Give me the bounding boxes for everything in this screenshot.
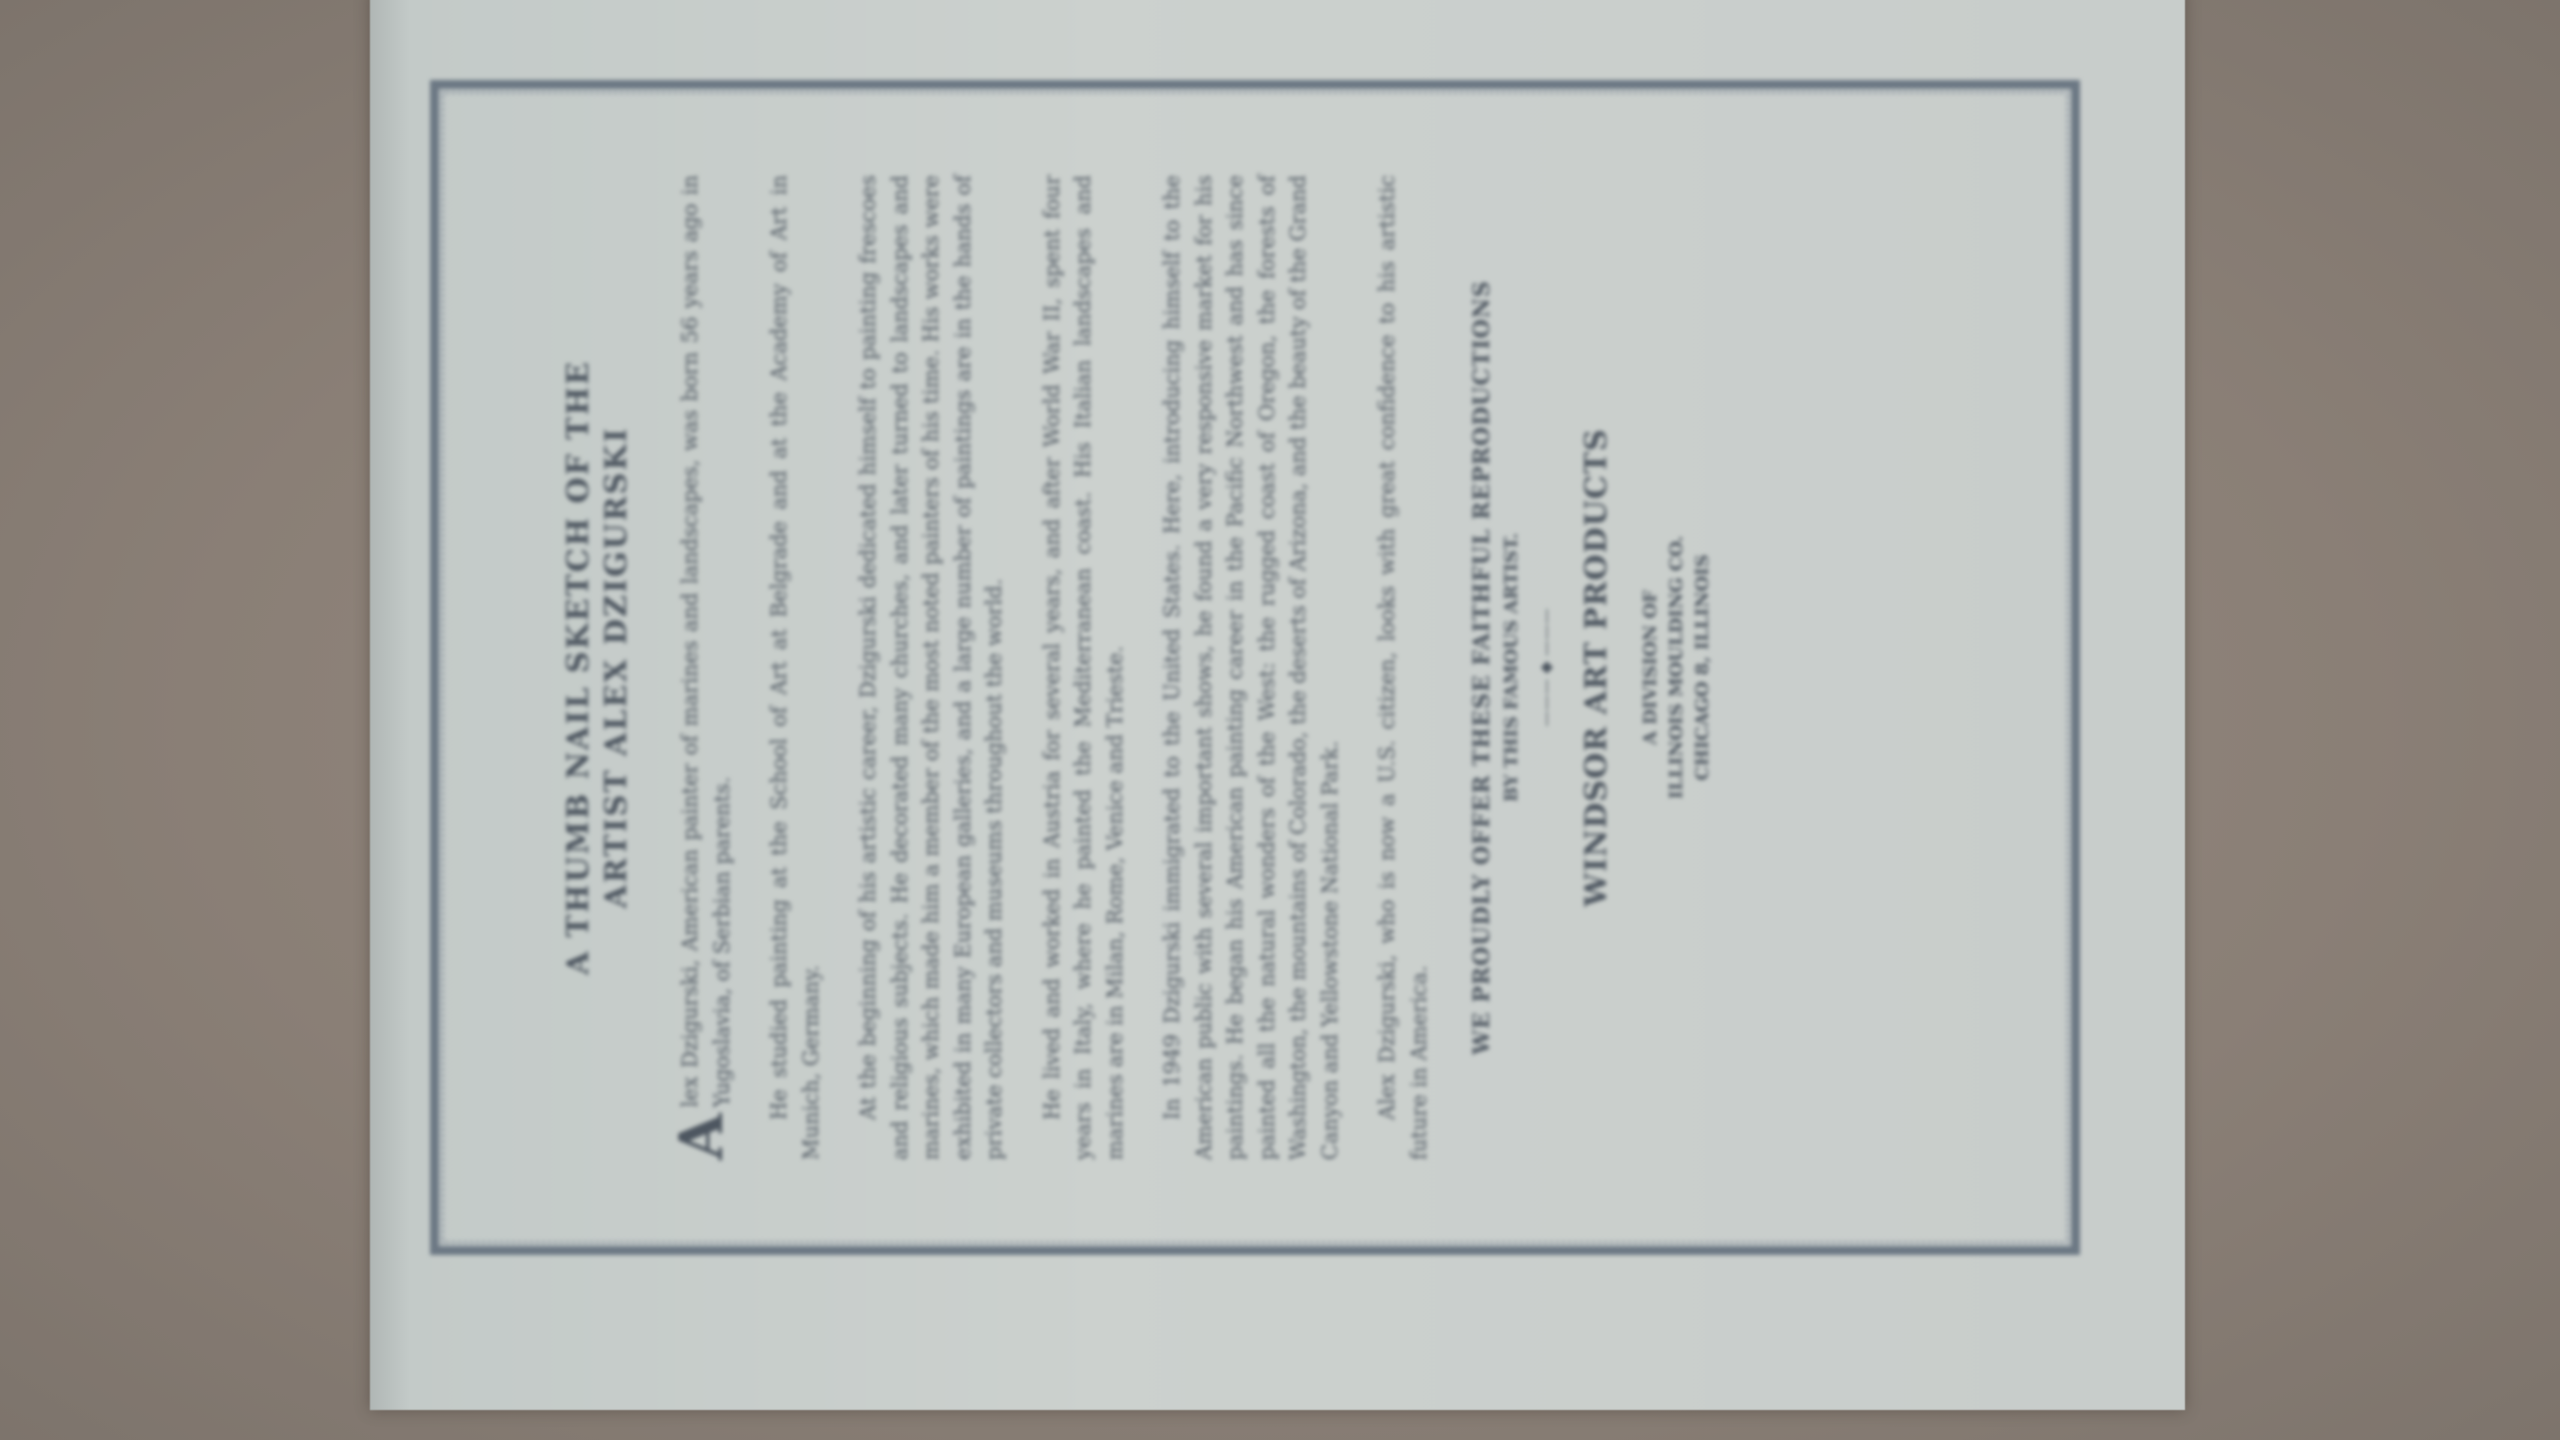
company-name: WINDSOR ART PRODUCTS [1579,175,1614,1160]
paragraph-5: In 1949 Dzigurski immigrated to the Unit… [1157,175,1346,1160]
division-line-1: A DIVISION OF [1638,175,1664,1160]
document-title: A THUMB NAIL SKETCH OF THE ARTIST ALEX D… [560,175,635,1160]
ornament-separator: ——— ◆ ——— [1536,175,1555,1160]
paragraph-2: He studied painting at the School of Art… [764,175,827,1160]
paragraph-3: At the beginning of his artistic career,… [853,175,1011,1160]
drop-cap: A [675,1113,729,1160]
paper-shadow [370,0,410,1410]
division-line-2: ILLINOIS MOULDING CO. [1664,175,1690,1160]
rotated-document: A THUMB NAIL SKETCH OF THE ARTIST ALEX D… [430,80,2080,1255]
company-division: A DIVISION OF ILLINOIS MOULDING CO. CHIC… [1638,175,1716,1160]
title-line-1: A THUMB NAIL SKETCH OF THE [560,175,598,1160]
division-line-3: CHICAGO 8, ILLINOIS [1690,175,1716,1160]
paragraph-4: He lived and worked in Austria for sever… [1037,175,1132,1160]
offer-line: WE PROUDLY OFFER THESE FAITHFUL REPRODUC… [1469,175,1495,1160]
title-line-2: ARTIST ALEX DZIGURSKI [598,175,636,1160]
document-frame: A THUMB NAIL SKETCH OF THE ARTIST ALEX D… [430,80,2080,1255]
artist-line: BY THIS FAMOUS ARTIST. [1501,175,1522,1160]
paragraph-6: Alex Dzigurski, who is now a U.S. citize… [1372,175,1435,1160]
document-body: A THUMB NAIL SKETCH OF THE ARTIST ALEX D… [500,175,2020,1160]
paragraph-1: Alex Dzigurski, American painter of mari… [675,175,738,1160]
